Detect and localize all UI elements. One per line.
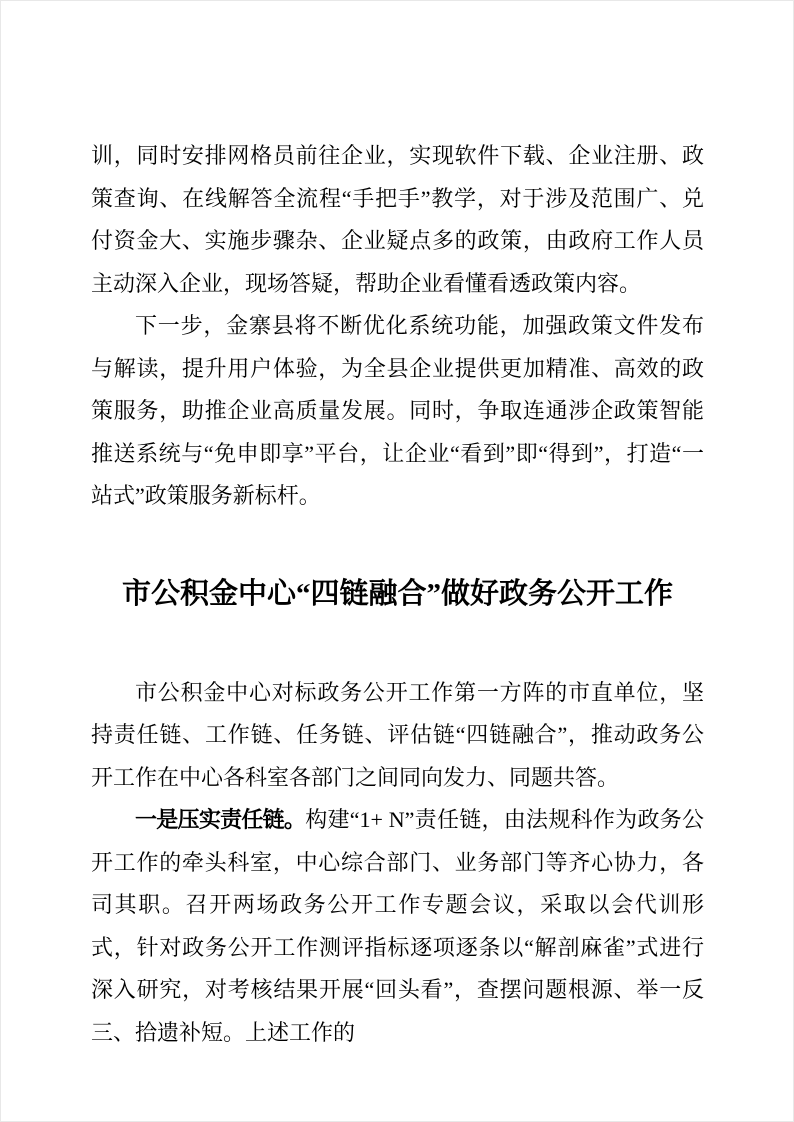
document-page: 训，同时安排网格员前往企业，实现软件下载、企业注册、政策查询、在线解答全流程“手… <box>0 0 794 1122</box>
point-1-lead: 一是压实责任链。 <box>135 807 305 832</box>
paragraph-policy-training-continuation: 训，同时安排网格员前往企业，实现软件下载、企业注册、政策查询、在线解答全流程“手… <box>91 135 704 305</box>
article-title: 市公积金中心“四链融合”做好政务公开工作 <box>91 570 704 618</box>
paragraph-point-1: 一是压实责任链。构建“1+ N”责任链，由法规科作为政务公开工作的牵头科室，中心… <box>91 799 704 1054</box>
paragraph-article-intro: 市公积金中心对标政务公开工作第一方阵的市直单位，坚持责任链、工作链、任务链、评估… <box>91 672 704 800</box>
paragraph-next-step: 下一步，金寨县将不断优化系统功能，加强政策文件发布与解读，提升用户体验，为全县企… <box>91 305 704 518</box>
point-1-body: 构建“1+ N”责任链，由法规科作为政务公开工作的牵头科室，中心综合部门、业务部… <box>91 807 704 1045</box>
